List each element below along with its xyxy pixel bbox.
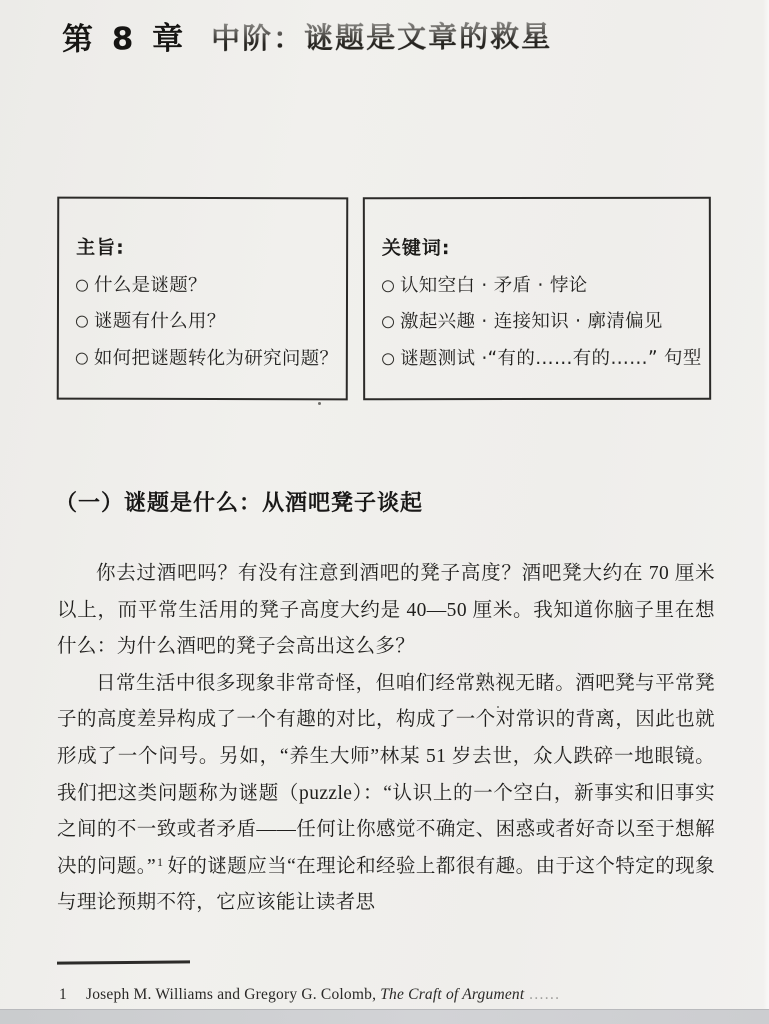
keywords-box-label: 关键词: [382,233,451,260]
summary-box: 主旨: 什么是谜题？ 谜题有什么用？ 如何把谜题转化为研究问题？ [57,197,349,401]
chapter-title: 第 8 章中阶：谜题是文章的救星 [62,10,552,58]
page-edge-highlight [763,0,769,1024]
footnote-reference: 1 [157,855,163,869]
body-text: 你去过酒吧吗？有没有注意到酒吧的凳子高度？酒吧凳大约在 70 厘米以上，而平常生… [57,556,715,922]
paragraph-2: 日常生活中很多现象非常奇怪，但咱们经常熟视无睹。酒吧凳与平常凳子的高度差异构成了… [57,666,715,922]
chapter-subtitle: 中阶：谜题是文章的救星 [211,15,552,57]
keywords-box: 关键词: 认知空白 · 矛盾 · 悖论 激起兴趣 · 连接知识 · 廓清偏见 谜… [363,197,711,401]
keyword-item: 激起兴趣 · 连接知识 · 廓清偏见 [382,307,663,333]
footnote-citation: Joseph M. Williams and Gregory G. Colomb… [86,986,380,1003]
paragraph-1: 你去过酒吧吗？有没有注意到酒吧的凳子高度？酒吧凳大约在 70 厘米以上，而平常生… [57,556,715,666]
footnote: 1Joseph M. Williams and Gregory G. Colom… [59,986,719,1004]
scan-speck [318,402,321,405]
circle-bullet-icon [76,316,88,328]
paragraph-1-text: 你去过酒吧吗？有没有注意到酒吧的凳子高度？酒吧凳大约在 70 厘米以上，而平常生… [57,563,715,657]
summary-item: 如何把谜题转化为研究问题？ [76,344,338,371]
keyword-item-label: 激起兴趣 · 连接知识 · 廓清偏见 [400,311,663,332]
chapter-number: 第 8 章 [62,13,187,59]
summary-box-label: 主旨: [76,233,125,260]
circle-bullet-icon [382,280,394,292]
footnote-faded-fragment: …… [524,986,559,1003]
circle-bullet-icon [76,280,88,292]
keyword-item: 谜题测试 ·“有的……有的……” 句型 [382,344,702,371]
circle-bullet-icon [76,353,88,365]
footnote-divider [57,960,190,964]
footnote-book-title: The Craft of Argument [380,986,524,1003]
circle-bullet-icon [382,353,394,365]
summary-item: 什么是谜题？ [76,271,207,297]
circle-bullet-icon [382,316,394,328]
keyword-item-label: 认知空白 · 矛盾 · 悖论 [400,275,588,296]
summary-item: 谜题有什么用？ [76,307,226,333]
summary-item-label: 谜题有什么用？ [94,311,226,332]
scan-speck [497,706,499,708]
footnote-text: Joseph M. Williams and Gregory G. Colomb… [86,986,560,1003]
summary-item-label: 如何把谜题转化为研究问题？ [94,348,338,370]
scanner-edge-band [0,1009,769,1024]
summary-item-label: 什么是谜题？ [94,275,207,296]
scan-speck [221,857,223,860]
keyword-item-label: 谜题测试 ·“有的……有的……” 句型 [400,348,702,370]
paragraph-2-text-a: 日常生活中很多现象非常奇怪，但咱们经常熟视无睹。酒吧凳与平常凳子的高度差异构成了… [57,673,715,877]
keyword-item: 认知空白 · 矛盾 · 悖论 [382,271,588,297]
scanned-book-page: 第 8 章中阶：谜题是文章的救星 主旨: 什么是谜题？ 谜题有什么用？ 如何把谜… [0,0,769,1024]
section-heading: （一）谜题是什么：从酒吧凳子谈起 [55,486,423,517]
footnote-number: 1 [59,986,86,1004]
